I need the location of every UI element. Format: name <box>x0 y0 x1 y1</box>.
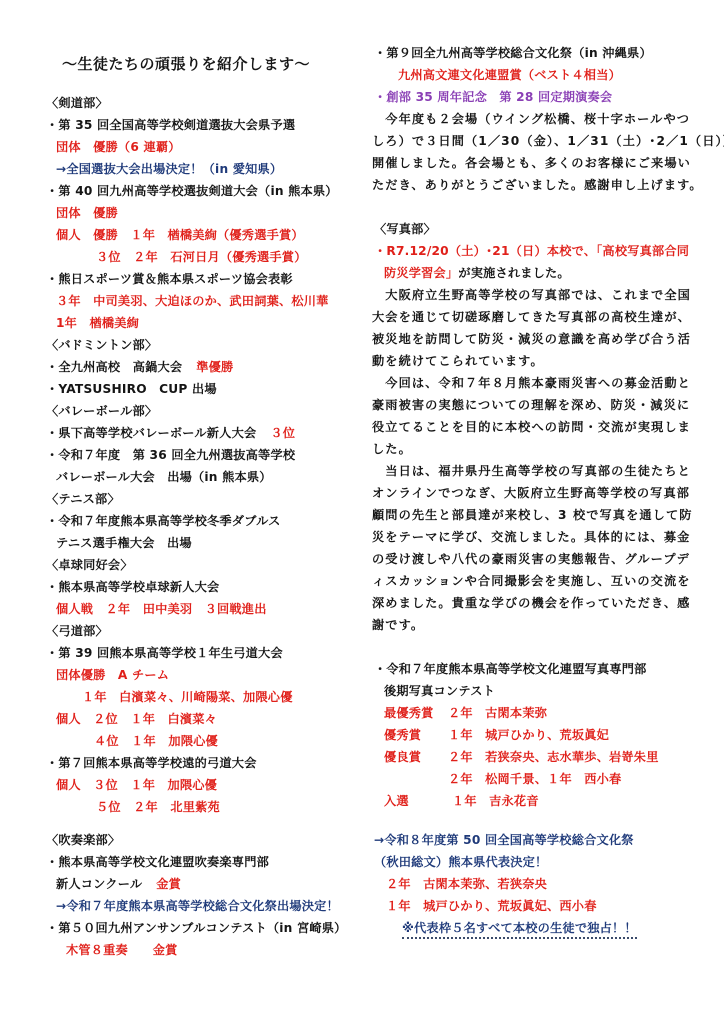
badminton-heading: 〈バドミントン部〉 <box>46 337 157 353</box>
page-title: ～生徒たちの頑張りを紹介します～ <box>62 56 310 72</box>
photo-event-1: ・R7.12/20（土）･21（日）本校で、「高校写真部合同 <box>374 243 689 259</box>
kyudo-result: 団体優勝 A チーム <box>56 667 169 683</box>
concert-event: ・創部 35 周年記念 第 28 回定期演奏会 <box>374 89 612 105</box>
kendo-result: 団体 優勝 <box>56 205 118 221</box>
photo-paragraph-line: オンラインでつなぎ、大阪府立生野高等学校の写真部 <box>372 485 690 501</box>
brass-event-3: ・第９回全九州高等学校総合文化祭（in 沖縄県） <box>374 45 652 61</box>
concert-paragraph-line: 今年度も２会場（ウイング松橋、桜十字ホールやつ <box>372 111 690 127</box>
photo-paragraph-line: 今回は、令和７年８月熊本豪雨災害への募金活動と <box>372 375 691 391</box>
photo-paragraph-line: 謝です。 <box>372 617 424 633</box>
kyudo-result: 個人 ３位 １年 加隈心優 <box>56 777 217 793</box>
kyudo-result: ４位 １年 加隈心優 <box>94 733 218 749</box>
representative-highlight: ※代表枠５名すべて本校の生徒で独占！！ <box>402 920 637 939</box>
tabletennis-result: 個人戦 ２年 田中美羽 ３回戦進出 <box>56 601 267 617</box>
photo-award-row: 優秀賞１年 城戸ひかり、荒坂眞妃 <box>384 727 609 743</box>
badminton-event-2: ・YATSUSHIRO CUP 出場 <box>46 381 217 397</box>
result-text: ３位 <box>270 426 295 440</box>
photo-paragraph-line: 役立てることを目的に本校への訪問・交流が実現しま <box>372 419 691 435</box>
event-text: ・全九州高校 高鍋大会 <box>46 360 182 374</box>
photo-paragraph-line: 災をテーマに学び、交流しました。具体的には、募金 <box>372 529 690 545</box>
award-text: ２年 松岡千景、１年 西小春 <box>448 772 621 786</box>
photo-paragraph-line: 深めました。貴重な学びの機会を作っていただき、感 <box>372 595 690 611</box>
event-title-text: 防災学習会」 <box>384 266 458 280</box>
photo-paragraph-line: 被災地を訪問して防災・減災の意識を高め学び合う活 <box>372 331 691 347</box>
kyudo-event-1: ・第 39 回熊本県高等学校１年生弓道大会 <box>46 645 283 661</box>
national-note: →令和８年度第 50 回全国高等学校総合文化祭 <box>374 832 634 848</box>
photo-award-row: 入選１年 吉永花音 <box>384 793 539 809</box>
kendo-result: 個人 優勝 １年 楢橋美絢（優秀選手賞） <box>56 227 304 243</box>
kendo-event-2: ・第 40 回九州高等学校選抜剣道大会（in 熊本県） <box>46 183 338 199</box>
tennis-event-1: ・令和７年度熊本県高等学校冬季ダブルス <box>46 513 281 529</box>
award-text: ２年 若狭奈央、志水華歩、岩嵜朱里 <box>448 750 659 764</box>
concert-paragraph-line: 開催しました。各会場とも、多くのお客様にご来場い <box>372 155 691 171</box>
volleyball-event-1: ・県下高等学校バレーボール新人大会３位 <box>46 425 295 441</box>
brass-result: 九州高文連文化連盟賞（ベスト４相当） <box>398 67 621 83</box>
award-label: 最優秀賞 <box>384 705 448 721</box>
tennis-heading: 〈テニス部〉 <box>46 491 120 507</box>
brass-result: 木管８重奏 金賞 <box>66 942 178 958</box>
kendo-result: 団体 優勝（6 連覇） <box>56 139 181 155</box>
brass-note: →令和７年度熊本県高等学校総合文化祭出場決定！ <box>56 898 339 914</box>
event-text: ・県下高等学校バレーボール新人大会 <box>46 426 256 440</box>
kyudo-event-2: ・第７回熊本県高等学校遠的弓道大会 <box>46 755 257 771</box>
kendo-event-1: ・第 35 回全国高等学校剣道選抜大会県予選 <box>46 117 295 133</box>
award-label: 優良賞 <box>384 749 448 765</box>
photo-award-row: 優良賞２年 若狭奈央、志水華歩、岩嵜朱里 <box>384 749 659 765</box>
result-text: 金賞 <box>156 877 181 891</box>
photo-award-row: ２年 松岡千景、１年 西小春 <box>384 771 621 787</box>
photo-paragraph-line: 豪雨被害の実態についての理解を深め、防災・減災に <box>372 397 690 413</box>
photo-paragraph-line: 顧問の先生と部員達が来校し、3 校で写真を通して防 <box>372 507 693 523</box>
volleyball-heading: 〈バレーボール部〉 <box>46 403 157 419</box>
kendo-result: 1年 楢橋美絢 <box>56 315 139 331</box>
photo-heading: 〈写真部〉 <box>374 221 436 237</box>
volleyball-event-2: ・令和７年度 第 36 回全九州選抜高等学校 <box>46 447 295 463</box>
award-text: ２年 古閑本茉弥 <box>448 706 547 720</box>
photo-paragraph-line: 当日は、福井県丹生高等学校の写真部の生徒たちと <box>372 463 691 479</box>
brass-event-2: ・第５０回九州アンサンブルコンテスト（in 宮崎県） <box>46 920 347 936</box>
award-text: １年 城戸ひかり、荒坂眞妃 <box>448 728 609 742</box>
badminton-event-1: ・全九州高校 高鍋大会準優勝 <box>46 359 233 375</box>
tabletennis-event-1: ・熊本県高等学校卓球新人大会 <box>46 579 219 595</box>
concert-paragraph-line: しろ）で３日間（1／30（金）、1／31（土）･2／1（日）） <box>372 133 724 149</box>
brass-event-1: ・熊本県高等学校文化連盟吹奏楽専門部 <box>46 854 269 870</box>
award-text: １年 吉永花音 <box>452 794 539 808</box>
photo-paragraph-line: 大阪府立生野高等学校の写真部では、これまで全国 <box>372 287 691 303</box>
event-text: 新人コンクール <box>56 877 142 891</box>
photo-event-2-cont: 後期写真コンテスト <box>384 683 495 699</box>
kyudo-result: ５位 ２年 北里紫苑 <box>96 799 220 815</box>
kendo-heading: 〈剣道部〉 <box>46 95 108 111</box>
kendo-result: ３年 中司美羽、大迫ほのか、武田詞葉、松川華 <box>56 293 329 309</box>
representative-row: ２年 古閑本茉弥、若狭奈央 <box>386 876 547 892</box>
kendo-result: ３位 ２年 石河日月（優秀選手賞） <box>96 249 307 265</box>
kyudo-result: １年 白濱菜々、川崎陽菜、加隈心優 <box>82 689 293 705</box>
photo-paragraph-line: 動を続けてこられています。 <box>372 353 544 369</box>
representative-row: １年 城戸ひかり、荒坂眞妃、西小春 <box>386 898 597 914</box>
photo-paragraph-line: の受け渡しや八代の豪雨災害の実態報告、グループデ <box>372 551 690 567</box>
photo-event-2: ・令和７年度熊本県高等学校文化連盟写真専門部 <box>374 661 647 677</box>
photo-paragraph-line: した。 <box>372 441 412 457</box>
photo-event-1-cont: 防災学習会」が実施されました。 <box>384 265 570 281</box>
kyudo-result: 個人 ２位 １年 白濱菜々 <box>56 711 217 727</box>
concert-paragraph-line: ただき、ありがとうございました。感謝申し上げます。 <box>372 177 703 193</box>
kendo-event-3: ・熊日スポーツ賞＆熊本県スポーツ協会表彰 <box>46 271 293 287</box>
brass-event-1-cont: 新人コンクール金賞 <box>56 876 181 892</box>
result-text: 準優勝 <box>196 360 233 374</box>
brass-heading: 〈吹奏楽部〉 <box>46 832 120 848</box>
photo-award-row: 最優秀賞２年 古閑本茉弥 <box>384 705 547 721</box>
tabletennis-heading: 〈卓球同好会〉 <box>46 557 133 573</box>
photo-paragraph-line: 大会を通じて切磋琢磨してきた写真部の高校生達が、 <box>372 309 691 325</box>
tennis-event-1-cont: テニス選手権大会 出場 <box>56 535 192 551</box>
award-label: 優秀賞 <box>384 727 448 743</box>
award-label: 入選 <box>384 793 452 809</box>
event-desc-text: が実施されました。 <box>458 266 570 280</box>
national-note-cont: （秋田総文）熊本県代表決定！ <box>374 854 547 870</box>
kyudo-heading: 〈弓道部〉 <box>46 623 108 639</box>
photo-paragraph-line: ィスカッションや合同撮影会を実施し、互いの交流を <box>372 573 691 589</box>
volleyball-event-2-cont: バレーボール大会 出場（in 熊本県） <box>56 469 272 485</box>
kendo-note: →全国選抜大会出場決定！（in 愛知県） <box>56 161 282 177</box>
